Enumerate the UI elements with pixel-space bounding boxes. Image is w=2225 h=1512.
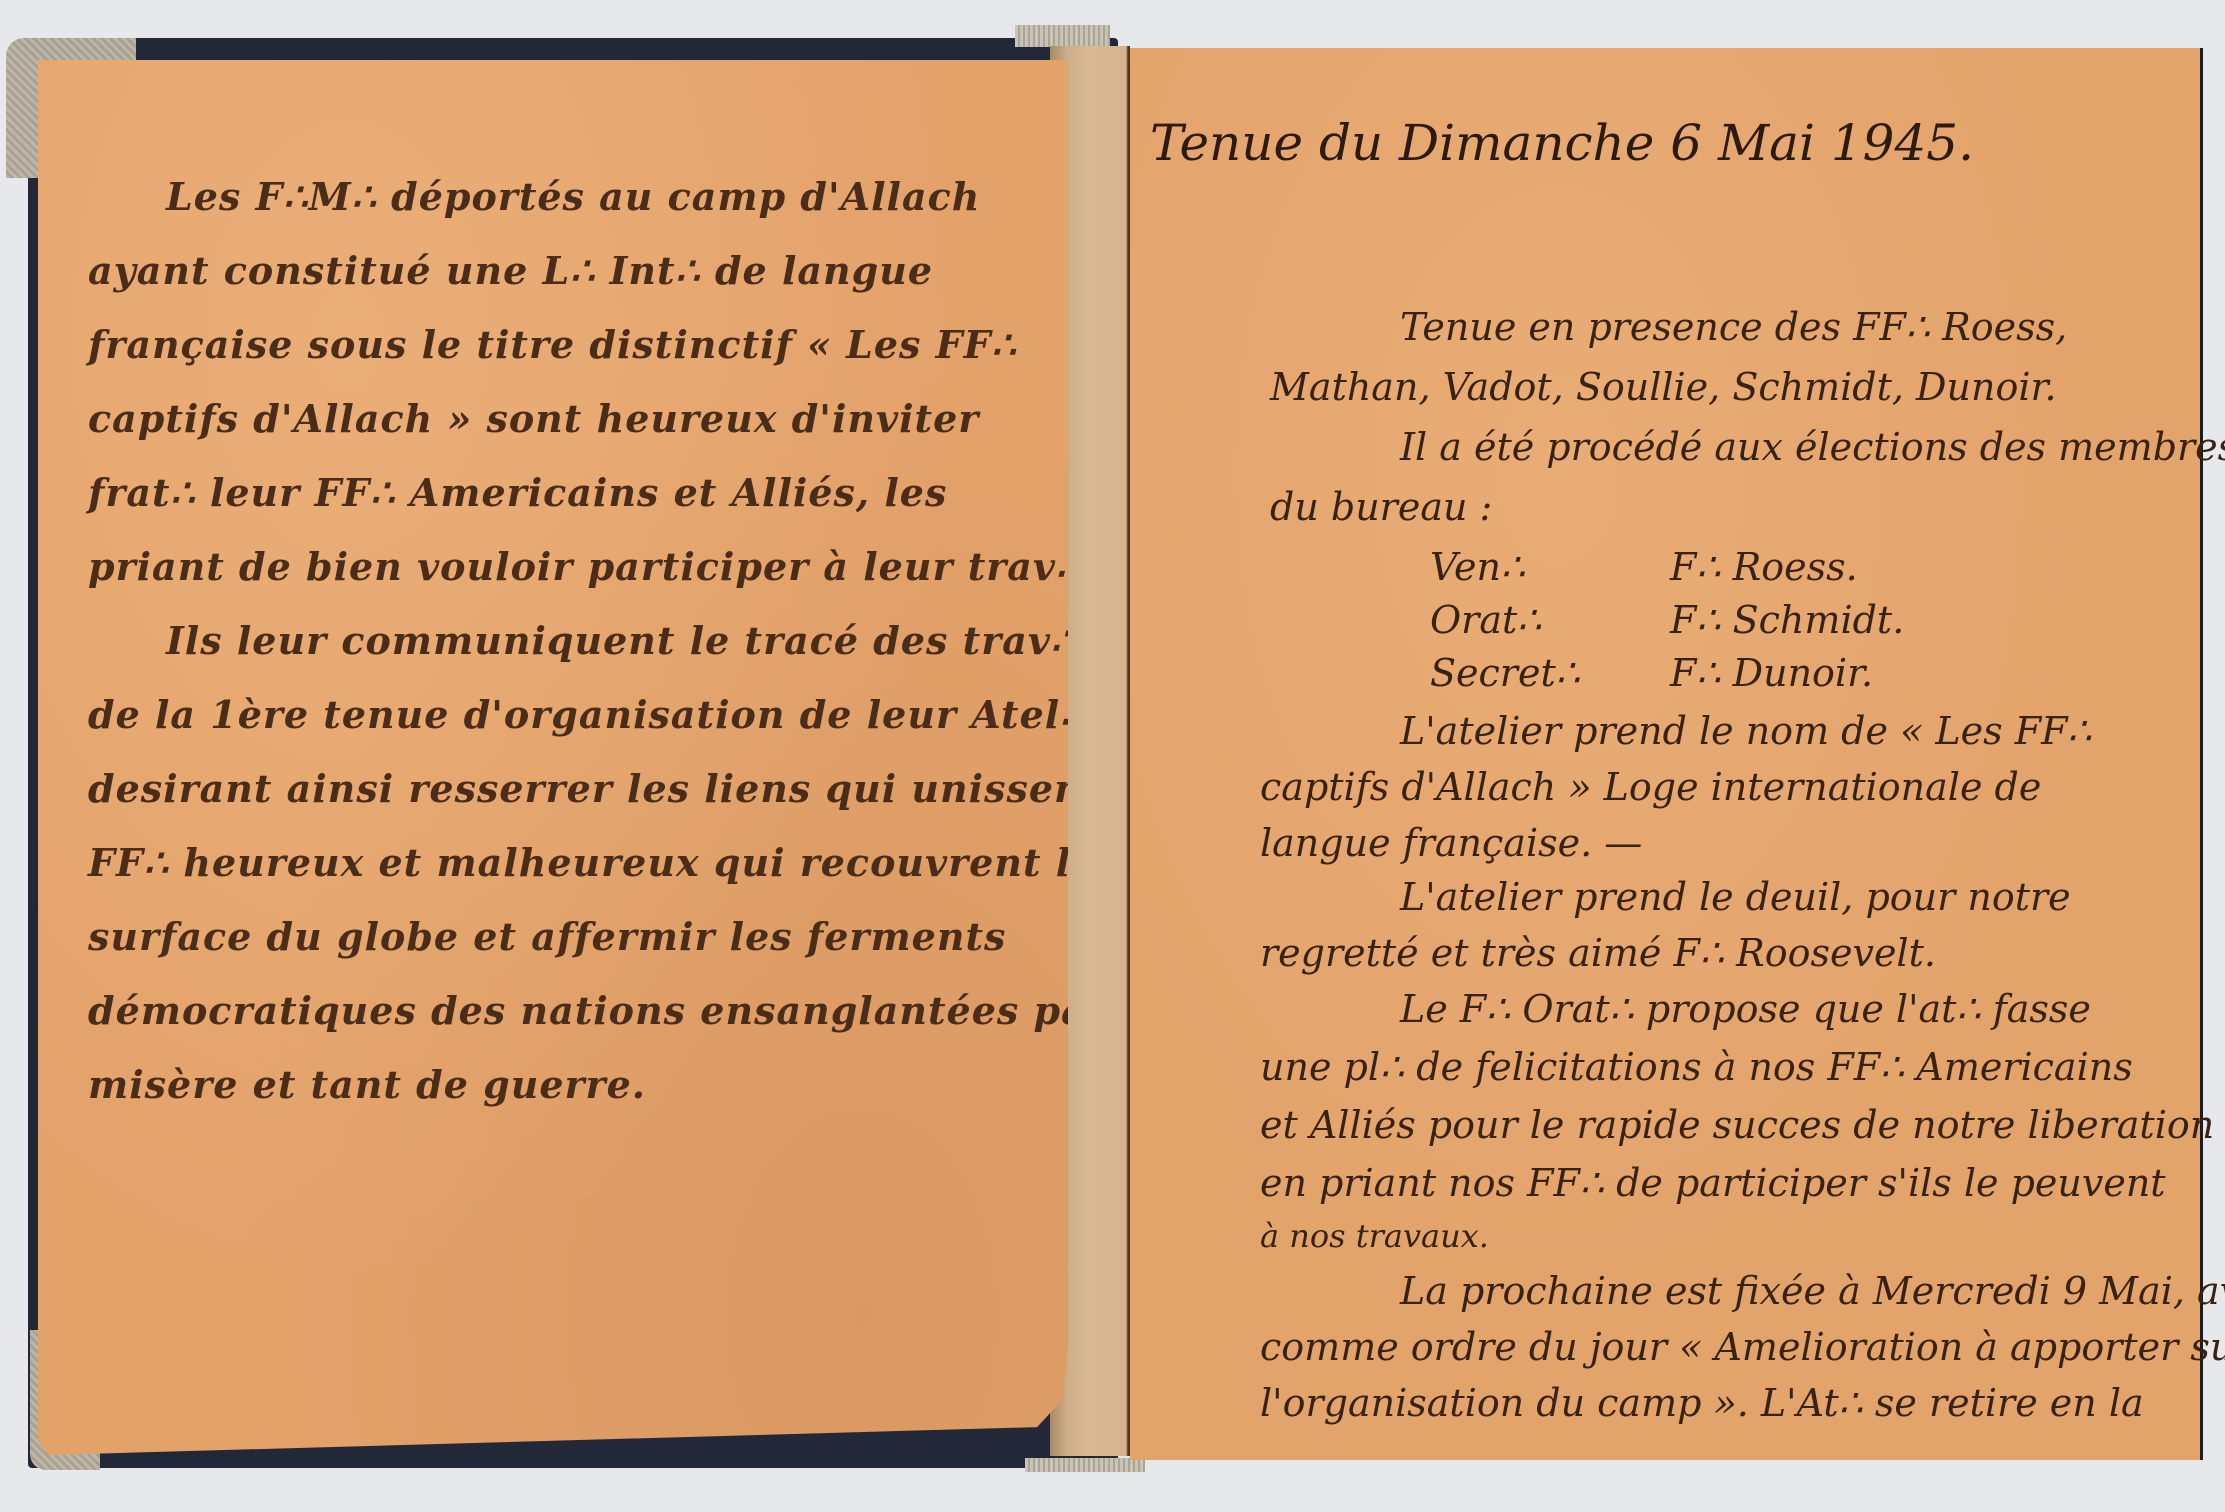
right-line: à nos travaux. <box>1260 1220 1489 1252</box>
left-line: Les F∴M∴ déportés au camp d'Allach <box>166 178 980 216</box>
left-line: surface du globe et affermir les ferment… <box>88 918 1006 956</box>
right-line: l'organisation du camp ». L'At∴ se retir… <box>1260 1384 2144 1422</box>
right-line: langue française. — <box>1260 824 1642 862</box>
right-page: Tenue du Dimanche 6 Mai 1945. Tenue en p… <box>1130 48 2203 1460</box>
left-line: priant de bien vouloir participer à leur… <box>88 548 1081 586</box>
right-line: captifs d'Allach » Loge internationale d… <box>1260 768 2041 806</box>
right-line: Il a été procédé aux élections des membr… <box>1400 428 2225 466</box>
right-line: La prochaine est fixée à Mercredi 9 Mai,… <box>1400 1272 2225 1310</box>
right-line: comme ordre du jour « Amelioration à app… <box>1260 1328 2225 1366</box>
right-line: en priant nos FF∴ de participer s'ils le… <box>1260 1164 2166 1202</box>
bureau-office: Orat∴ <box>1430 601 1541 639</box>
page-title: Tenue du Dimanche 6 Mai 1945. <box>1150 118 1974 168</box>
cloth-spine-bottom <box>1025 1458 1145 1472</box>
left-line: ayant constitué une L∴ Int∴ de langue <box>88 252 933 290</box>
cloth-spine-top <box>1015 25 1110 47</box>
left-line: de la 1ère tenue d'organisation de leur … <box>88 696 1085 734</box>
left-line: FF∴ heureux et malheureux qui recouvrent… <box>88 844 1097 882</box>
right-line: Mathan, Vadot, Soullie, Schmidt, Dunoir. <box>1270 368 2057 406</box>
left-line: frat∴ leur FF∴ Americains et Alliés, les <box>88 474 947 512</box>
bureau-member: F∴ Schmidt. <box>1670 601 1904 639</box>
bureau-office: Secret∴ <box>1430 654 1580 692</box>
left-line: captifs d'Allach » sont heureux d'invite… <box>88 400 979 438</box>
left-line: misère et tant de guerre. <box>88 1066 646 1104</box>
bureau-member: F∴ Roess. <box>1670 548 1858 586</box>
left-page: Les F∴M∴ déportés au camp d'Allach ayant… <box>38 60 1068 1455</box>
bureau-office: Ven∴ <box>1430 548 1525 586</box>
right-line: Tenue en presence des FF∴ Roess, <box>1400 308 2067 346</box>
right-line: L'atelier prend le nom de « Les FF∴ <box>1400 712 2092 750</box>
right-line: et Alliés pour le rapide succes de notre… <box>1260 1106 2214 1144</box>
left-line: française sous le titre distinctif « Les… <box>88 326 1017 364</box>
right-line: L'atelier prend le deuil, pour notre <box>1400 878 2071 916</box>
left-line: Ils leur communiquent le tracé des trav∴ <box>166 622 1076 660</box>
right-line: Le F∴ Orat∴ propose que l'at∴ fasse <box>1400 990 2091 1028</box>
left-line: desirant ainsi resserrer les liens qui u… <box>88 770 1178 808</box>
right-line: du bureau : <box>1270 488 1492 526</box>
right-line: une pl∴ de felicitations à nos FF∴ Ameri… <box>1260 1048 2133 1086</box>
bureau-member: F∴ Dunoir. <box>1670 654 1873 692</box>
right-line: regretté et très aimé F∴ Roosevelt. <box>1260 934 1936 972</box>
